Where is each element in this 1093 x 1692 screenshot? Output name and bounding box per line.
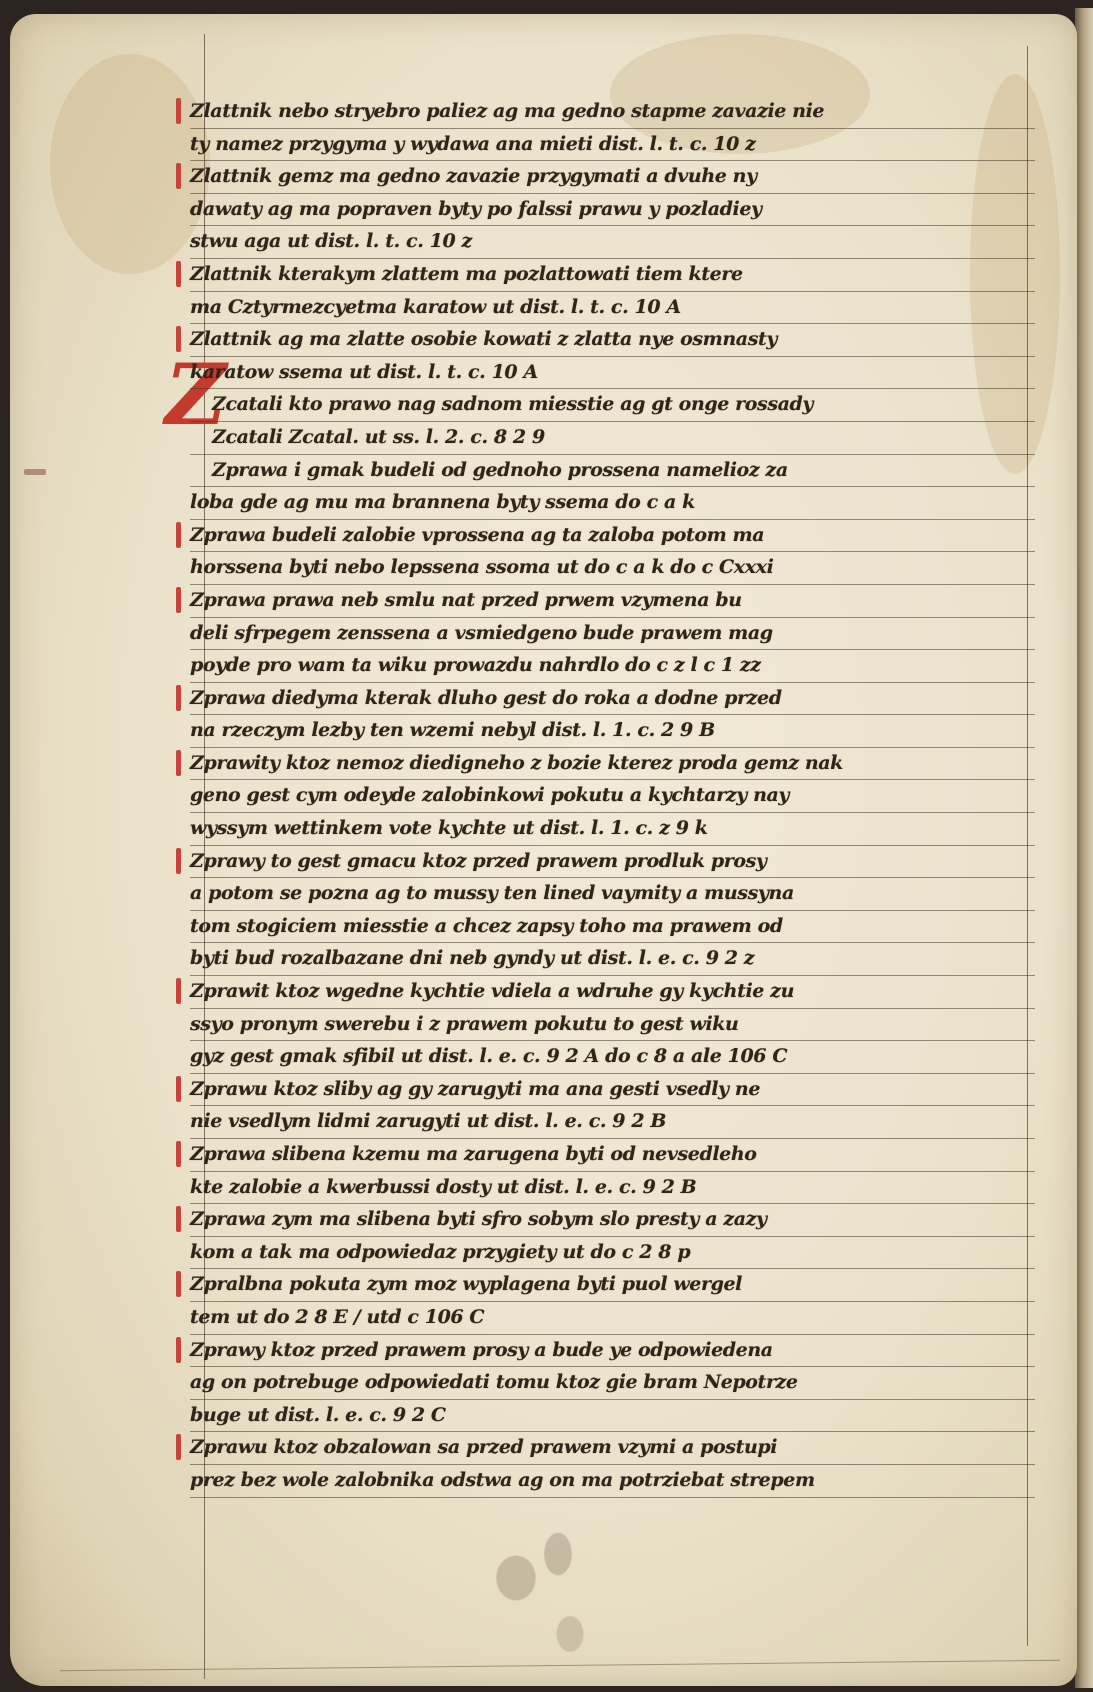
text-line: nie vsedlym lidmi zarugyti ut dist. l. e…	[190, 1106, 1035, 1139]
text-line: buge ut dist. l. e. c. 9 2 C	[190, 1400, 1035, 1433]
text-line: horssena byti nebo lepssena ssoma ut do …	[190, 552, 1035, 585]
text-line: prez bez wole zalobnika odstwa ag on ma …	[190, 1465, 1035, 1498]
text-line: tom stogiciem miesstie a chcez zapsy toh…	[190, 911, 1035, 944]
text-line: Zprawity ktoz nemoz diedigneho z bozie k…	[190, 748, 1035, 781]
paragraph-mark	[176, 848, 181, 874]
paragraph-mark	[176, 1271, 181, 1297]
paragraph-mark	[176, 1337, 181, 1363]
text-line: ssyo pronym swerebu i z prawem pokutu to…	[190, 1009, 1035, 1042]
text-line: na rzeczym lezby ten wzemi nebyl dist. l…	[190, 715, 1035, 748]
text-line: Zprawu ktoz obzalowan sa przed prawem vz…	[190, 1432, 1035, 1465]
text-line: a potom se pozna ag to mussy ten lined v…	[190, 878, 1035, 911]
paragraph-mark	[176, 1434, 181, 1460]
text-line: Zprawa prawa neb smlu nat przed prwem vz…	[190, 585, 1035, 618]
text-line: dawaty ag ma popraven byty po falssi pra…	[190, 194, 1035, 227]
ink-offset-stain	[480, 1514, 600, 1674]
text-line: Zprawy ktoz przed prawem prosy a bude ye…	[190, 1335, 1035, 1368]
facing-page-edge	[1075, 8, 1093, 1688]
text-line: stwu aga ut dist. l. t. c. 10 z	[190, 226, 1035, 259]
text-line: ag on potrebuge odpowiedati tomu ktoz gi…	[190, 1367, 1035, 1400]
text-line: gyz gest gmak sfibil ut dist. l. e. c. 9…	[190, 1041, 1035, 1074]
text-line: deli sfrpegem zenssena a vsmiedgeno bude…	[190, 618, 1035, 651]
text-line: Zlattnik kterakym zlattem ma pozlattowat…	[190, 259, 1035, 292]
text-line: byti bud rozalbazane dni neb gyndy ut di…	[190, 943, 1035, 976]
text-line: kom a tak ma odpowiedaz przygiety ut do …	[190, 1237, 1035, 1270]
margin-mark	[24, 469, 46, 475]
text-line: wyssym wettinkem vote kychte ut dist. l.…	[190, 813, 1035, 846]
paragraph-mark	[176, 1141, 181, 1167]
foxing-stain	[50, 54, 210, 274]
paragraph-mark	[176, 261, 181, 287]
text-line: Zprawy to gest gmacu ktoz przed prawem p…	[190, 846, 1035, 879]
text-line: Zprawa diedyma kterak dluho gest do roka…	[190, 683, 1035, 716]
text-line: geno gest cym odeyde zalobinkowi pokutu …	[190, 780, 1035, 813]
text-line: Zprawu ktoz sliby ag gy zarugyti ma ana …	[190, 1074, 1035, 1107]
text-line: Zprawa zym ma slibena byti sfro sobym sl…	[190, 1204, 1035, 1237]
paragraph-mark	[176, 587, 181, 613]
paragraph-mark	[176, 1206, 181, 1232]
text-line: ty namez przygyma y wydawa ana mieti dis…	[190, 129, 1035, 162]
text-line: Zprawa budeli zalobie vprossena ag ta za…	[190, 520, 1035, 553]
text-line: karatow ssema ut dist. l. t. c. 10 A	[190, 357, 1035, 390]
paragraph-mark	[176, 978, 181, 1004]
text-line: poyde pro wam ta wiku prowazdu nahrdlo d…	[190, 650, 1035, 683]
manuscript-text-block: Zlattnik nebo stryebro paliez ag ma gedn…	[190, 96, 1035, 1498]
text-line: kte zalobie a kwerbussi dosty ut dist. l…	[190, 1172, 1035, 1205]
paragraph-mark	[176, 163, 181, 189]
paragraph-mark	[176, 750, 181, 776]
text-line: Zprawit ktoz wgedne kychtie vdiela a wdr…	[190, 976, 1035, 1009]
text-line: Zlattnik gemz ma gedno zavazie przygymat…	[190, 161, 1035, 194]
text-line: Zpralbna pokuta zym moz wyplagena byti p…	[190, 1269, 1035, 1302]
text-line: Zcatali Zcatal. ut ss. l. 2. c. 8 2 9	[190, 422, 1035, 455]
text-line: tem ut do 2 8 E / utd c 106 C	[190, 1302, 1035, 1335]
paragraph-mark	[176, 1076, 181, 1102]
text-line: ma Cztyrmezcyetma karatow ut dist. l. t.…	[190, 292, 1035, 325]
text-line: Zlattnik ag ma zlatte osobie kowati z zl…	[190, 324, 1035, 357]
paragraph-mark	[176, 98, 181, 124]
text-line: Zlattnik nebo stryebro paliez ag ma gedn…	[190, 96, 1035, 129]
text-line: Zprawa i gmak budeli od gednoho prossena…	[190, 455, 1035, 488]
paragraph-mark	[176, 685, 181, 711]
text-line: Zprawa slibena kzemu ma zarugena byti od…	[190, 1139, 1035, 1172]
paragraph-mark	[176, 326, 181, 352]
text-line: Zcatali kto prawo nag sadnom miesstie ag…	[190, 389, 1035, 422]
paragraph-mark	[176, 522, 181, 548]
text-line: loba gde ag mu ma brannena byty ssema do…	[190, 487, 1035, 520]
